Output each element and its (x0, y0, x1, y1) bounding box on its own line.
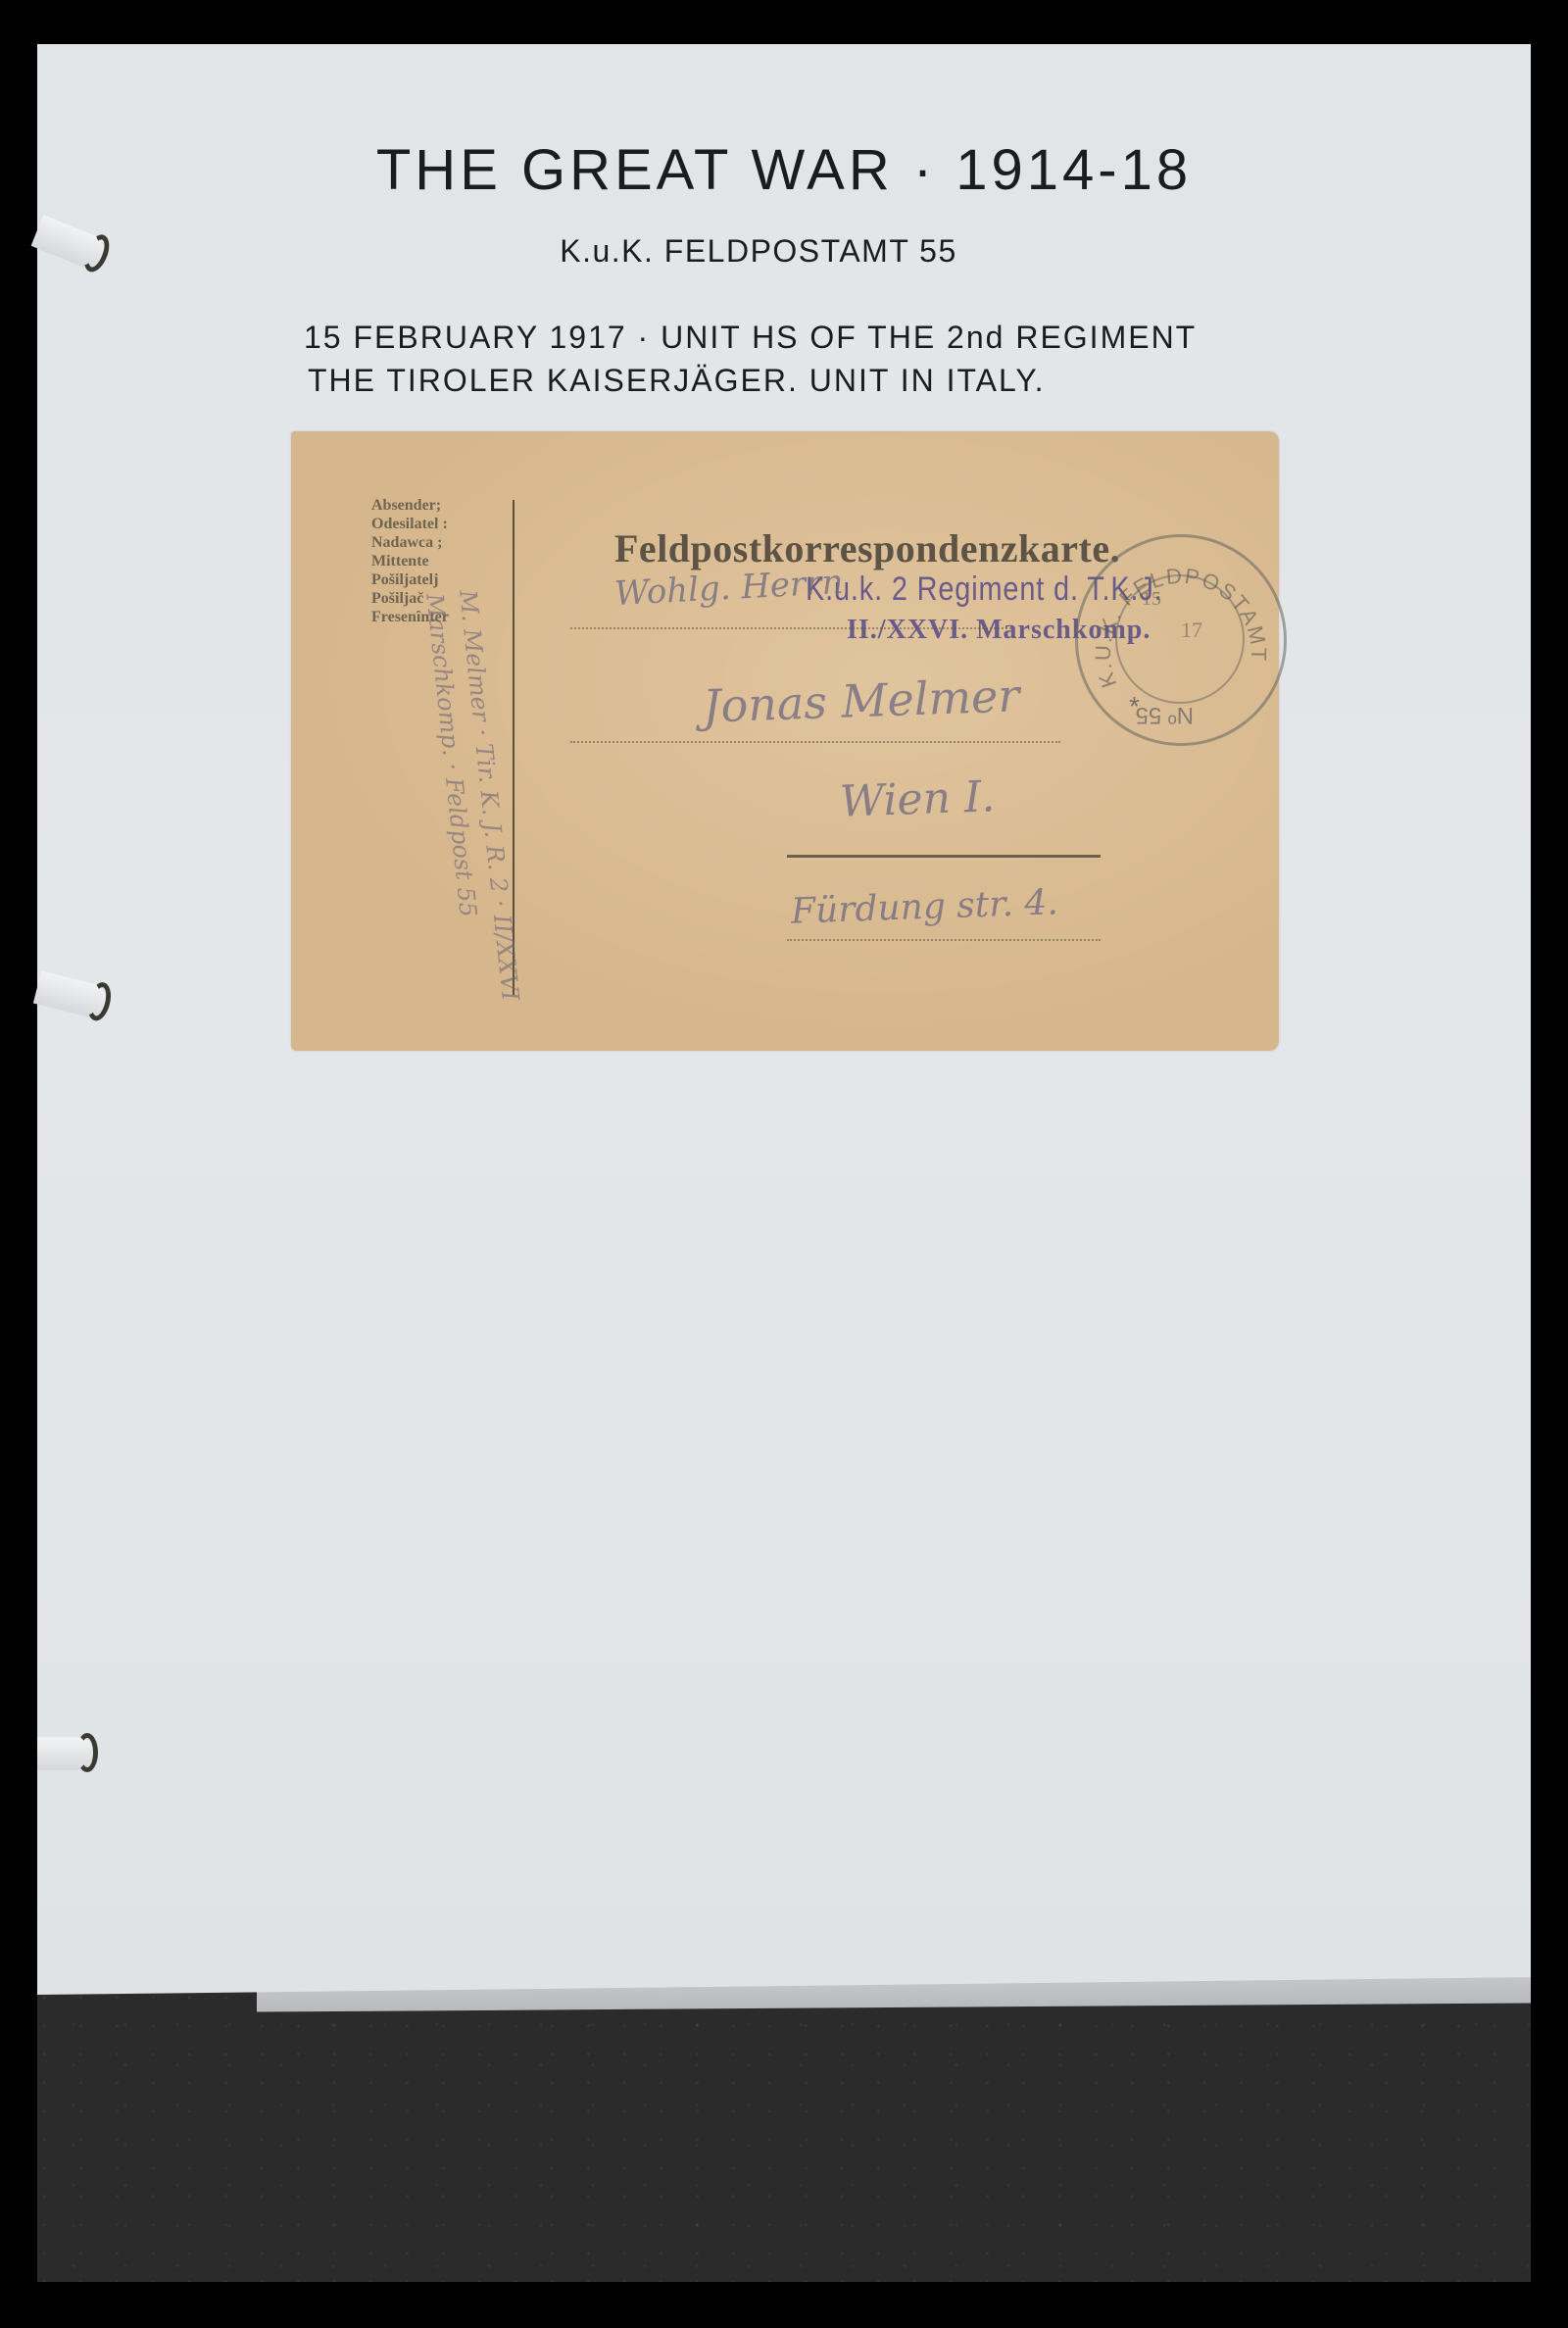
address-name: Jonas Melmer (702, 669, 1020, 732)
page-subtitle: K.u.K. FELDPOSTAMT 55 (0, 233, 1517, 270)
sender-label: Odesilatel : (371, 515, 449, 533)
address-street: Fürdung str. 4. (790, 882, 1058, 931)
card-heading: Feldpostkorrespondenzkarte. (614, 525, 1120, 571)
postmark-stamp: K.U.K. FELDPOSTAMT Nº 55 * 15 17 (1075, 534, 1287, 746)
binder-ring-bottom (37, 1737, 94, 1770)
sender-label: Absender; (371, 496, 449, 515)
svg-text:Nº 55: Nº 55 (1136, 702, 1194, 728)
sender-handwriting: M. Melmer · Tir. K. J. R. 2 · II/XXVI Ma… (279, 588, 528, 1029)
svg-text:*: * (1129, 691, 1140, 721)
sender-label: Mittente (371, 552, 449, 570)
address-city: Wien I. (839, 771, 996, 826)
address-line-2 (570, 741, 1060, 743)
page-description: 15 FEBRUARY 1917 · UNIT HS OF THE 2nd RE… (304, 316, 1197, 402)
postmark-day: 15 (1142, 588, 1161, 611)
sender-label: Nadawca ; (371, 533, 449, 552)
address-line-1 (570, 627, 1011, 629)
description-line-1: 15 FEBRUARY 1917 · UNIT HS OF THE 2nd RE… (304, 316, 1197, 359)
address-line-4 (787, 939, 1101, 941)
page-title: THE GREAT WAR · 1914-18 (0, 137, 1568, 203)
sender-label: Pošiljatelj (371, 570, 449, 589)
feldpost-postcard: Absender; Odesilatel : Nadawca ; Mittent… (291, 431, 1279, 1051)
postmark-year: 17 (1181, 618, 1202, 643)
address-line-3 (787, 855, 1101, 858)
description-line-2: THE TIROLER KAISERJÄGER. UNIT IN ITALY. (304, 359, 1197, 402)
